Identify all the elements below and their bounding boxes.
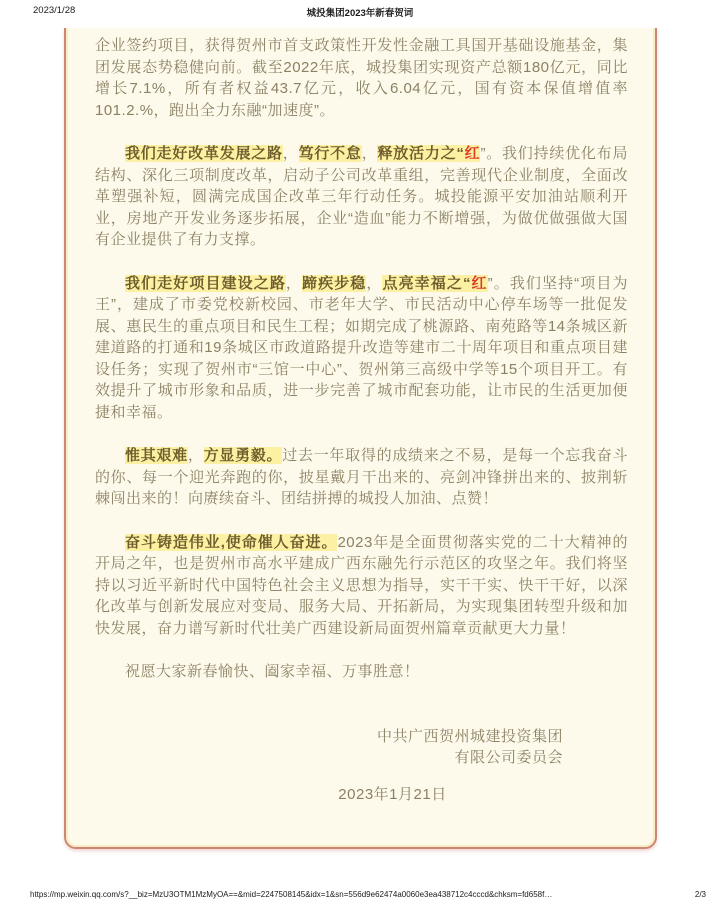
paragraph: 企业签约项目，获得贺州市首支政策性开发性金融工具国开基础设施基金，集团发展态势稳… bbox=[95, 35, 628, 121]
text-run: 企业签约项目，获得贺州市首支政策性开发性金融工具国开基础设施基金，集团发展态势稳… bbox=[95, 37, 628, 119]
paragraph: 惟其艰难，方显勇毅。过去一年取得的成绩来之不易，是每一个忘我奋斗的你、每一个迎光… bbox=[95, 445, 628, 510]
text-run: 释放活力之“ bbox=[377, 145, 464, 162]
letter-date: 2023年1月21日 bbox=[95, 784, 628, 806]
text-run: 我们走好项目建设之路 bbox=[125, 275, 286, 292]
greeting-letter-card: 企业签约项目，获得贺州市首支政策性开发性金融工具国开基础设施基金，集团发展态势稳… bbox=[64, 28, 657, 849]
source-url: https://mp.weixin.qq.com/s?__biz=MzU3OTM… bbox=[30, 890, 552, 899]
paragraph: 我们走好改革发展之路，笃行不怠，释放活力之“红”。我们持续优化布局结构、深化三项… bbox=[95, 143, 628, 251]
text-run: 祝愿大家新春愉快、阖家幸福、万事胜意！ bbox=[125, 663, 420, 680]
text-run: 奋斗铸造伟业,使命催人奋进。 bbox=[125, 534, 337, 551]
greeting-letter-inner: 企业签约项目，获得贺州市首支政策性开发性金融工具国开基础设施基金，集团发展态势稳… bbox=[66, 28, 655, 847]
paragraph: 我们走好项目建设之路，蹄疾步稳，点亮幸福之“红”。我们坚持“项目为王”，建成了市… bbox=[95, 273, 628, 424]
print-footer: https://mp.weixin.qq.com/s?__biz=MzU3OTM… bbox=[0, 890, 720, 902]
signature-line: 有限公司委员会 bbox=[95, 747, 563, 769]
text-run: 红 bbox=[464, 145, 480, 162]
signature-block: 中共广西贺州城建投资集团有限公司委员会 bbox=[95, 726, 563, 769]
paragraph: 奋斗铸造伟业,使命催人奋进。2023年是全面贯彻落实党的二十大精神的开局之年，也… bbox=[95, 532, 628, 640]
print-preview-page: { "header": { "date": "2023/1/28", "titl… bbox=[0, 0, 720, 918]
text-run: ”。我们坚持“项目为王”，建成了市委党校新校园、市老年大学、市民活动中心停车场等… bbox=[95, 275, 628, 421]
text-run: ， bbox=[366, 275, 382, 292]
text-run: 方显勇毅。 bbox=[204, 447, 283, 464]
text-run: 红 bbox=[471, 275, 488, 292]
text-run: ， bbox=[362, 145, 378, 162]
text-run: ， bbox=[188, 447, 204, 464]
text-run: 笃行不怠 bbox=[299, 145, 362, 162]
article-body: 企业签约项目，获得贺州市首支政策性开发性金融工具国开基础设施基金，集团发展态势稳… bbox=[95, 35, 628, 683]
page-title: 城投集团2023年新春贺词 bbox=[0, 5, 720, 19]
text-run: 惟其艰难 bbox=[125, 447, 188, 464]
print-header: 2023/1/28 城投集团2023年新春贺词 bbox=[0, 5, 720, 19]
text-run: 我们走好改革发展之路 bbox=[125, 145, 283, 162]
page-indicator: 2/3 bbox=[695, 890, 706, 899]
text-run: ， bbox=[286, 275, 302, 292]
paragraph: 祝愿大家新春愉快、阖家幸福、万事胜意！ bbox=[95, 661, 628, 683]
text-run: 点亮幸福之“ bbox=[382, 275, 470, 292]
text-run: 蹄疾步稳 bbox=[302, 275, 366, 292]
text-run: ， bbox=[283, 145, 299, 162]
signature-line: 中共广西贺州城建投资集团 bbox=[95, 726, 563, 748]
